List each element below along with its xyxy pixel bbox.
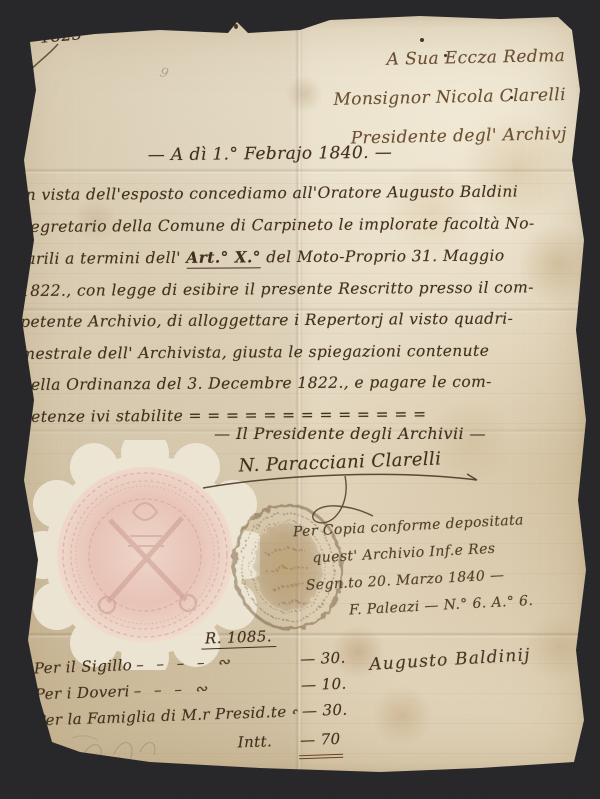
address-line: Monsignor Nicola Clarelli [280, 76, 567, 121]
body-line: Segretario della Comune di Carpineto le … [19, 208, 585, 243]
body-line: tarili a termini dell' Art.° X.° del Mot… [20, 239, 586, 275]
body-line: 1822., con legge di esibire il presente … [20, 272, 586, 307]
underlined-article-reference: Art.° X.° [186, 247, 261, 269]
body-line: petente Archivio, di alloggettare i Repe… [20, 303, 586, 338]
body-line: nella Ordinanza del 3. Decembre 1822., e… [20, 366, 586, 401]
body-line: mestrale dell' Archivista, giusta le spi… [20, 335, 586, 370]
fee-reference-number: R. 1085. [201, 627, 277, 650]
fee-label: Per il Sigillo [33, 652, 132, 681]
fee-list: R. 1085. Per il Sigillo – – – – ∾ — 30. … [33, 625, 349, 769]
fee-amount: — 30. [301, 697, 348, 725]
fee-total-amount: — 70 [298, 725, 344, 760]
line-filler-marks: = = = = = = = = = = = = = [188, 405, 426, 425]
photo-background: 1823 9 A Sua Eccza Redma Monsignor Nicol… [0, 0, 600, 799]
body-line-segment: petenze ivi stabilite [21, 406, 183, 425]
body-line-segment: tarili a termini dell' [20, 249, 187, 268]
fee-dash-leader: ∾ [290, 698, 298, 724]
fee-label: Per i Doveri [34, 678, 130, 707]
president-title-line: — Il Presidente degli Archivii — [150, 424, 550, 443]
date-line: — A dì 1.° Febrajo 1840. — [90, 142, 450, 166]
fee-total-label: Intt. [237, 727, 273, 761]
address-line: A Sua Eccza Redma [279, 37, 566, 82]
document-paper: 1823 9 A Sua Eccza Redma Monsignor Nicol… [12, 14, 590, 776]
body-line: In vista dell'esposto concediamo all'Ora… [19, 176, 585, 211]
body-text: In vista dell'esposto concediamo all'Ora… [19, 176, 587, 433]
body-line-segment: del Moto-Proprio 31. Maggio [261, 247, 505, 267]
copy-certification-note: Per Copia conforme depositata quest' Arc… [292, 505, 575, 627]
